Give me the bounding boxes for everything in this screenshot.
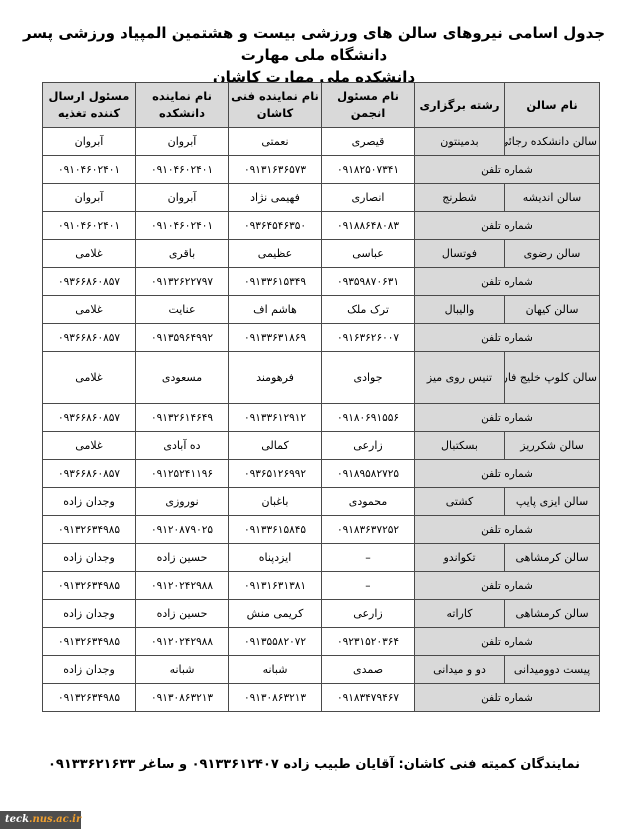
header-sport: رشته برگزاری xyxy=(415,83,505,128)
association-head-name: – xyxy=(322,544,415,572)
faculty-rep-phone: ۰۹۱۳۲۶۲۲۷۹۷ xyxy=(136,268,229,296)
tech-rep-name: باغبان xyxy=(229,488,322,516)
table-phone-row: شماره تلفن۰۹۱۶۳۶۲۶۰۰۷۰۹۱۳۳۶۳۱۸۶۹۰۹۱۳۵۹۶۴… xyxy=(43,324,600,352)
staff-table: نام سالن رشته برگزاری نام مسئول انجمن نا… xyxy=(42,82,600,712)
table-phone-row: شماره تلفن۰۹۱۸۲۵۰۷۳۴۱۰۹۱۳۱۶۳۶۵۷۳۰۹۱۰۴۶۰۲… xyxy=(43,156,600,184)
sport-name: تکواندو xyxy=(415,544,505,572)
association-head-phone: ۰۹۱۸۹۵۸۲۷۲۵ xyxy=(322,460,415,488)
sport-name: کاراته xyxy=(415,600,505,628)
tech-rep-phone: ۰۹۱۳۰۸۶۳۲۱۳ xyxy=(229,684,322,712)
association-head-name: قیصری xyxy=(322,128,415,156)
sport-name: بدمینتون xyxy=(415,128,505,156)
association-head-phone: ۰۹۲۳۱۵۲۰۳۶۴ xyxy=(322,628,415,656)
table-row: سالن کرمشاهیتکواندو–ایزدپناهحسین زادهوجد… xyxy=(43,544,600,572)
association-head-name: عباسی xyxy=(322,240,415,268)
phone-label: شماره تلفن xyxy=(415,212,600,240)
association-head-name: جوادی xyxy=(322,352,415,404)
catering-phone: ۰۹۳۶۶۸۶۰۸۵۷ xyxy=(43,324,136,352)
association-head-name: محمودی xyxy=(322,488,415,516)
faculty-rep-name: حسین زاده xyxy=(136,544,229,572)
faculty-rep-name: حسین زاده xyxy=(136,600,229,628)
tech-rep-name: هاشم اف xyxy=(229,296,322,324)
catering-name: غلامی xyxy=(43,240,136,268)
faculty-rep-phone: ۰۹۱۲۵۲۴۱۱۹۶ xyxy=(136,460,229,488)
table-row: سالن اندیشهشطرنجانصاریفهیمی نژادآبروانآب… xyxy=(43,184,600,212)
catering-phone: ۰۹۱۳۲۶۳۴۹۸۵ xyxy=(43,684,136,712)
table-phone-row: شماره تلفن۰۹۱۸۰۶۹۱۵۵۶۰۹۱۳۳۶۱۲۹۱۲۰۹۱۳۲۶۱۴… xyxy=(43,404,600,432)
catering-phone: ۰۹۱۳۲۶۳۴۹۸۵ xyxy=(43,628,136,656)
hall-name: پیست دوومیدانی xyxy=(505,656,600,684)
catering-name: غلامی xyxy=(43,432,136,460)
tech-rep-name: فرهومند xyxy=(229,352,322,404)
tech-rep-phone: ۰۹۳۶۵۱۲۶۹۹۲ xyxy=(229,460,322,488)
association-head-phone: ۰۹۱۸۸۶۴۸۰۸۳ xyxy=(322,212,415,240)
faculty-rep-name: ده آبادی xyxy=(136,432,229,460)
hall-name: سالن شکرریز xyxy=(505,432,600,460)
phone-label: شماره تلفن xyxy=(415,516,600,544)
tech-rep-phone: ۰۹۱۳۳۶۱۲۹۱۲ xyxy=(229,404,322,432)
faculty-rep-phone: ۰۹۱۰۴۶۰۲۴۰۱ xyxy=(136,156,229,184)
tech-rep-phone: ۰۹۱۳۵۵۸۲۰۷۲ xyxy=(229,628,322,656)
association-head-phone: ۰۹۱۸۳۶۳۷۲۵۲ xyxy=(322,516,415,544)
hall-name: سالن دانشکده رجائی xyxy=(505,128,600,156)
hall-name: سالن رضوی xyxy=(505,240,600,268)
phone-label: شماره تلفن xyxy=(415,156,600,184)
faculty-rep-name: آبروان xyxy=(136,128,229,156)
faculty-rep-name: نوروزی xyxy=(136,488,229,516)
association-head-phone: – xyxy=(322,572,415,600)
catering-name: غلامی xyxy=(43,296,136,324)
faculty-rep-phone: ۰۹۱۳۵۹۶۴۹۹۲ xyxy=(136,324,229,352)
hall-name: سالن اندیشه xyxy=(505,184,600,212)
hall-name: سالن کلوپ خلیج فارس xyxy=(505,352,600,404)
association-head-phone: ۰۹۱۸۰۶۹۱۵۵۶ xyxy=(322,404,415,432)
sport-name: فوتسال xyxy=(415,240,505,268)
technical-committee-note: نمایندگان کمیته فنی کاشان: آقایان طبیب ز… xyxy=(0,757,628,772)
sport-name: والیبال xyxy=(415,296,505,324)
table-row: سالن کلوپ خلیج فارستنیس روی میزجوادیفرهو… xyxy=(43,352,600,404)
table-row: سالن دانشکده رجائیبدمینتونقیصرینعمتیآبرو… xyxy=(43,128,600,156)
association-head-name: ترک ملک xyxy=(322,296,415,324)
hall-name: سالن ایزی پایپ xyxy=(505,488,600,516)
tech-rep-phone: ۰۹۳۶۴۵۴۶۳۵۰ xyxy=(229,212,322,240)
table-phone-row: شماره تلفن۰۹۱۸۹۵۸۲۷۲۵۰۹۳۶۵۱۲۶۹۹۲۰۹۱۲۵۲۴۱… xyxy=(43,460,600,488)
tech-rep-name: شبانه xyxy=(229,656,322,684)
sport-name: کشتی xyxy=(415,488,505,516)
catering-phone: ۰۹۳۶۶۸۶۰۸۵۷ xyxy=(43,404,136,432)
table-phone-row: شماره تلفن–۰۹۱۳۱۶۳۱۳۸۱۰۹۱۲۰۲۴۲۹۸۸۰۹۱۳۲۶۳… xyxy=(43,572,600,600)
tech-rep-phone: ۰۹۱۳۱۶۳۶۵۷۳ xyxy=(229,156,322,184)
table-header-row: نام سالن رشته برگزاری نام مسئول انجمن نا… xyxy=(43,83,600,128)
catering-phone: ۰۹۳۶۶۸۶۰۸۵۷ xyxy=(43,268,136,296)
association-head-phone: ۰۹۱۸۳۴۷۹۴۶۷ xyxy=(322,684,415,712)
page-title: جدول اسامی نیروهای سالن های ورزشی بیست و… xyxy=(0,22,628,88)
catering-phone: ۰۹۳۶۶۸۶۰۸۵۷ xyxy=(43,460,136,488)
tech-rep-phone: ۰۹۱۳۱۶۳۱۳۸۱ xyxy=(229,572,322,600)
table-phone-row: شماره تلفن۰۹۱۸۸۶۴۸۰۸۳۰۹۳۶۴۵۴۶۳۵۰۰۹۱۰۴۶۰۲… xyxy=(43,212,600,240)
tech-rep-name: ایزدپناه xyxy=(229,544,322,572)
faculty-rep-phone: ۰۹۱۳۲۶۱۴۶۴۹ xyxy=(136,404,229,432)
table-phone-row: شماره تلفن۰۹۲۳۱۵۲۰۳۶۴۰۹۱۳۵۵۸۲۰۷۲۰۹۱۲۰۲۴۲… xyxy=(43,628,600,656)
association-head-phone: ۰۹۳۵۹۸۷۰۶۳۱ xyxy=(322,268,415,296)
catering-name: وجدان زاده xyxy=(43,488,136,516)
sport-name: تنیس روی میز xyxy=(415,352,505,404)
catering-name: وجدان زاده xyxy=(43,656,136,684)
header-faculty-rep: نام نماینده دانشکده xyxy=(136,83,229,128)
association-head-name: صمدی xyxy=(322,656,415,684)
tech-rep-name: فهیمی نژاد xyxy=(229,184,322,212)
header-hall-name: نام سالن xyxy=(505,83,600,128)
faculty-rep-phone: ۰۹۱۳۰۸۶۳۲۱۳ xyxy=(136,684,229,712)
header-catering: مسئول ارسال کننده تغذیه xyxy=(43,83,136,128)
header-tech-rep: نام نماینده فنی کاشان xyxy=(229,83,322,128)
catering-phone: ۰۹۱۰۴۶۰۲۴۰۱ xyxy=(43,156,136,184)
association-head-name: زارعی xyxy=(322,432,415,460)
catering-phone: ۰۹۱۳۲۶۳۴۹۸۵ xyxy=(43,516,136,544)
faculty-rep-phone: ۰۹۱۰۴۶۰۲۴۰۱ xyxy=(136,212,229,240)
table-row: سالن کرمشاهیکاراتهزارعیکریمی منشحسین زاد… xyxy=(43,600,600,628)
tech-rep-name: عظیمی xyxy=(229,240,322,268)
association-head-phone: ۰۹۱۶۳۶۲۶۰۰۷ xyxy=(322,324,415,352)
hall-name: سالن کرمشاهی xyxy=(505,600,600,628)
site-watermark: teck.nus.ac.ir xyxy=(0,811,81,829)
watermark-part-1: teck xyxy=(5,814,29,825)
catering-name: آبروان xyxy=(43,128,136,156)
faculty-rep-name: باقری xyxy=(136,240,229,268)
phone-label: شماره تلفن xyxy=(415,324,600,352)
faculty-rep-phone: ۰۹۱۲۰۲۴۲۹۸۸ xyxy=(136,572,229,600)
faculty-rep-phone: ۰۹۱۲۰۲۴۲۹۸۸ xyxy=(136,628,229,656)
sport-name: بسکتبال xyxy=(415,432,505,460)
sport-name: دو و میدانی xyxy=(415,656,505,684)
table-phone-row: شماره تلفن۰۹۳۵۹۸۷۰۶۳۱۰۹۱۳۳۶۱۵۳۴۹۰۹۱۳۲۶۲۲… xyxy=(43,268,600,296)
table-row: سالن شکرریزبسکتبالزارعیکمالیده آبادیغلام… xyxy=(43,432,600,460)
table-phone-row: شماره تلفن۰۹۱۸۳۶۳۷۲۵۲۰۹۱۳۳۶۱۵۸۴۵۰۹۱۲۰۸۷۹… xyxy=(43,516,600,544)
hall-name: سالن کرمشاهی xyxy=(505,544,600,572)
hall-name: سالن کیهان xyxy=(505,296,600,324)
phone-label: شماره تلفن xyxy=(415,460,600,488)
tech-rep-name: نعمتی xyxy=(229,128,322,156)
faculty-rep-phone: ۰۹۱۲۰۸۷۹۰۲۵ xyxy=(136,516,229,544)
phone-label: شماره تلفن xyxy=(415,628,600,656)
catering-name: وجدان زاده xyxy=(43,544,136,572)
table-row: سالن ایزی پایپکشتیمحمودیباغباننوروزیوجدا… xyxy=(43,488,600,516)
catering-phone: ۰۹۱۳۲۶۳۴۹۸۵ xyxy=(43,572,136,600)
association-head-name: انصاری xyxy=(322,184,415,212)
catering-name: وجدان زاده xyxy=(43,600,136,628)
association-head-name: زارعی xyxy=(322,600,415,628)
header-association-head: نام مسئول انجمن xyxy=(322,83,415,128)
tech-rep-phone: ۰۹۱۳۳۶۳۱۸۶۹ xyxy=(229,324,322,352)
table-row: سالن رضویفوتسالعباسیعظیمیباقریغلامی xyxy=(43,240,600,268)
tech-rep-phone: ۰۹۱۳۳۶۱۵۳۴۹ xyxy=(229,268,322,296)
faculty-rep-name: مسعودی xyxy=(136,352,229,404)
faculty-rep-name: آبروان xyxy=(136,184,229,212)
tech-rep-name: کمالی xyxy=(229,432,322,460)
catering-phone: ۰۹۱۰۴۶۰۲۴۰۱ xyxy=(43,212,136,240)
table-row: پیست دوومیدانیدو و میدانیصمدیشبانهشبانهو… xyxy=(43,656,600,684)
catering-name: آبروان xyxy=(43,184,136,212)
table-phone-row: شماره تلفن۰۹۱۸۳۴۷۹۴۶۷۰۹۱۳۰۸۶۳۲۱۳۰۹۱۳۰۸۶۳… xyxy=(43,684,600,712)
phone-label: شماره تلفن xyxy=(415,268,600,296)
tech-rep-phone: ۰۹۱۳۳۶۱۵۸۴۵ xyxy=(229,516,322,544)
faculty-rep-name: عنایت xyxy=(136,296,229,324)
phone-label: شماره تلفن xyxy=(415,572,600,600)
watermark-part-2: .nus.ac.ir xyxy=(29,814,81,825)
title-line-1: جدول اسامی نیروهای سالن های ورزشی بیست و… xyxy=(0,22,628,66)
tech-rep-name: کریمی منش xyxy=(229,600,322,628)
faculty-rep-name: شبانه xyxy=(136,656,229,684)
phone-label: شماره تلفن xyxy=(415,684,600,712)
association-head-phone: ۰۹۱۸۲۵۰۷۳۴۱ xyxy=(322,156,415,184)
sport-name: شطرنج xyxy=(415,184,505,212)
catering-name: غلامی xyxy=(43,352,136,404)
phone-label: شماره تلفن xyxy=(415,404,600,432)
table-row: سالن کیهانوالیبالترک ملکهاشم افعنایتغلام… xyxy=(43,296,600,324)
